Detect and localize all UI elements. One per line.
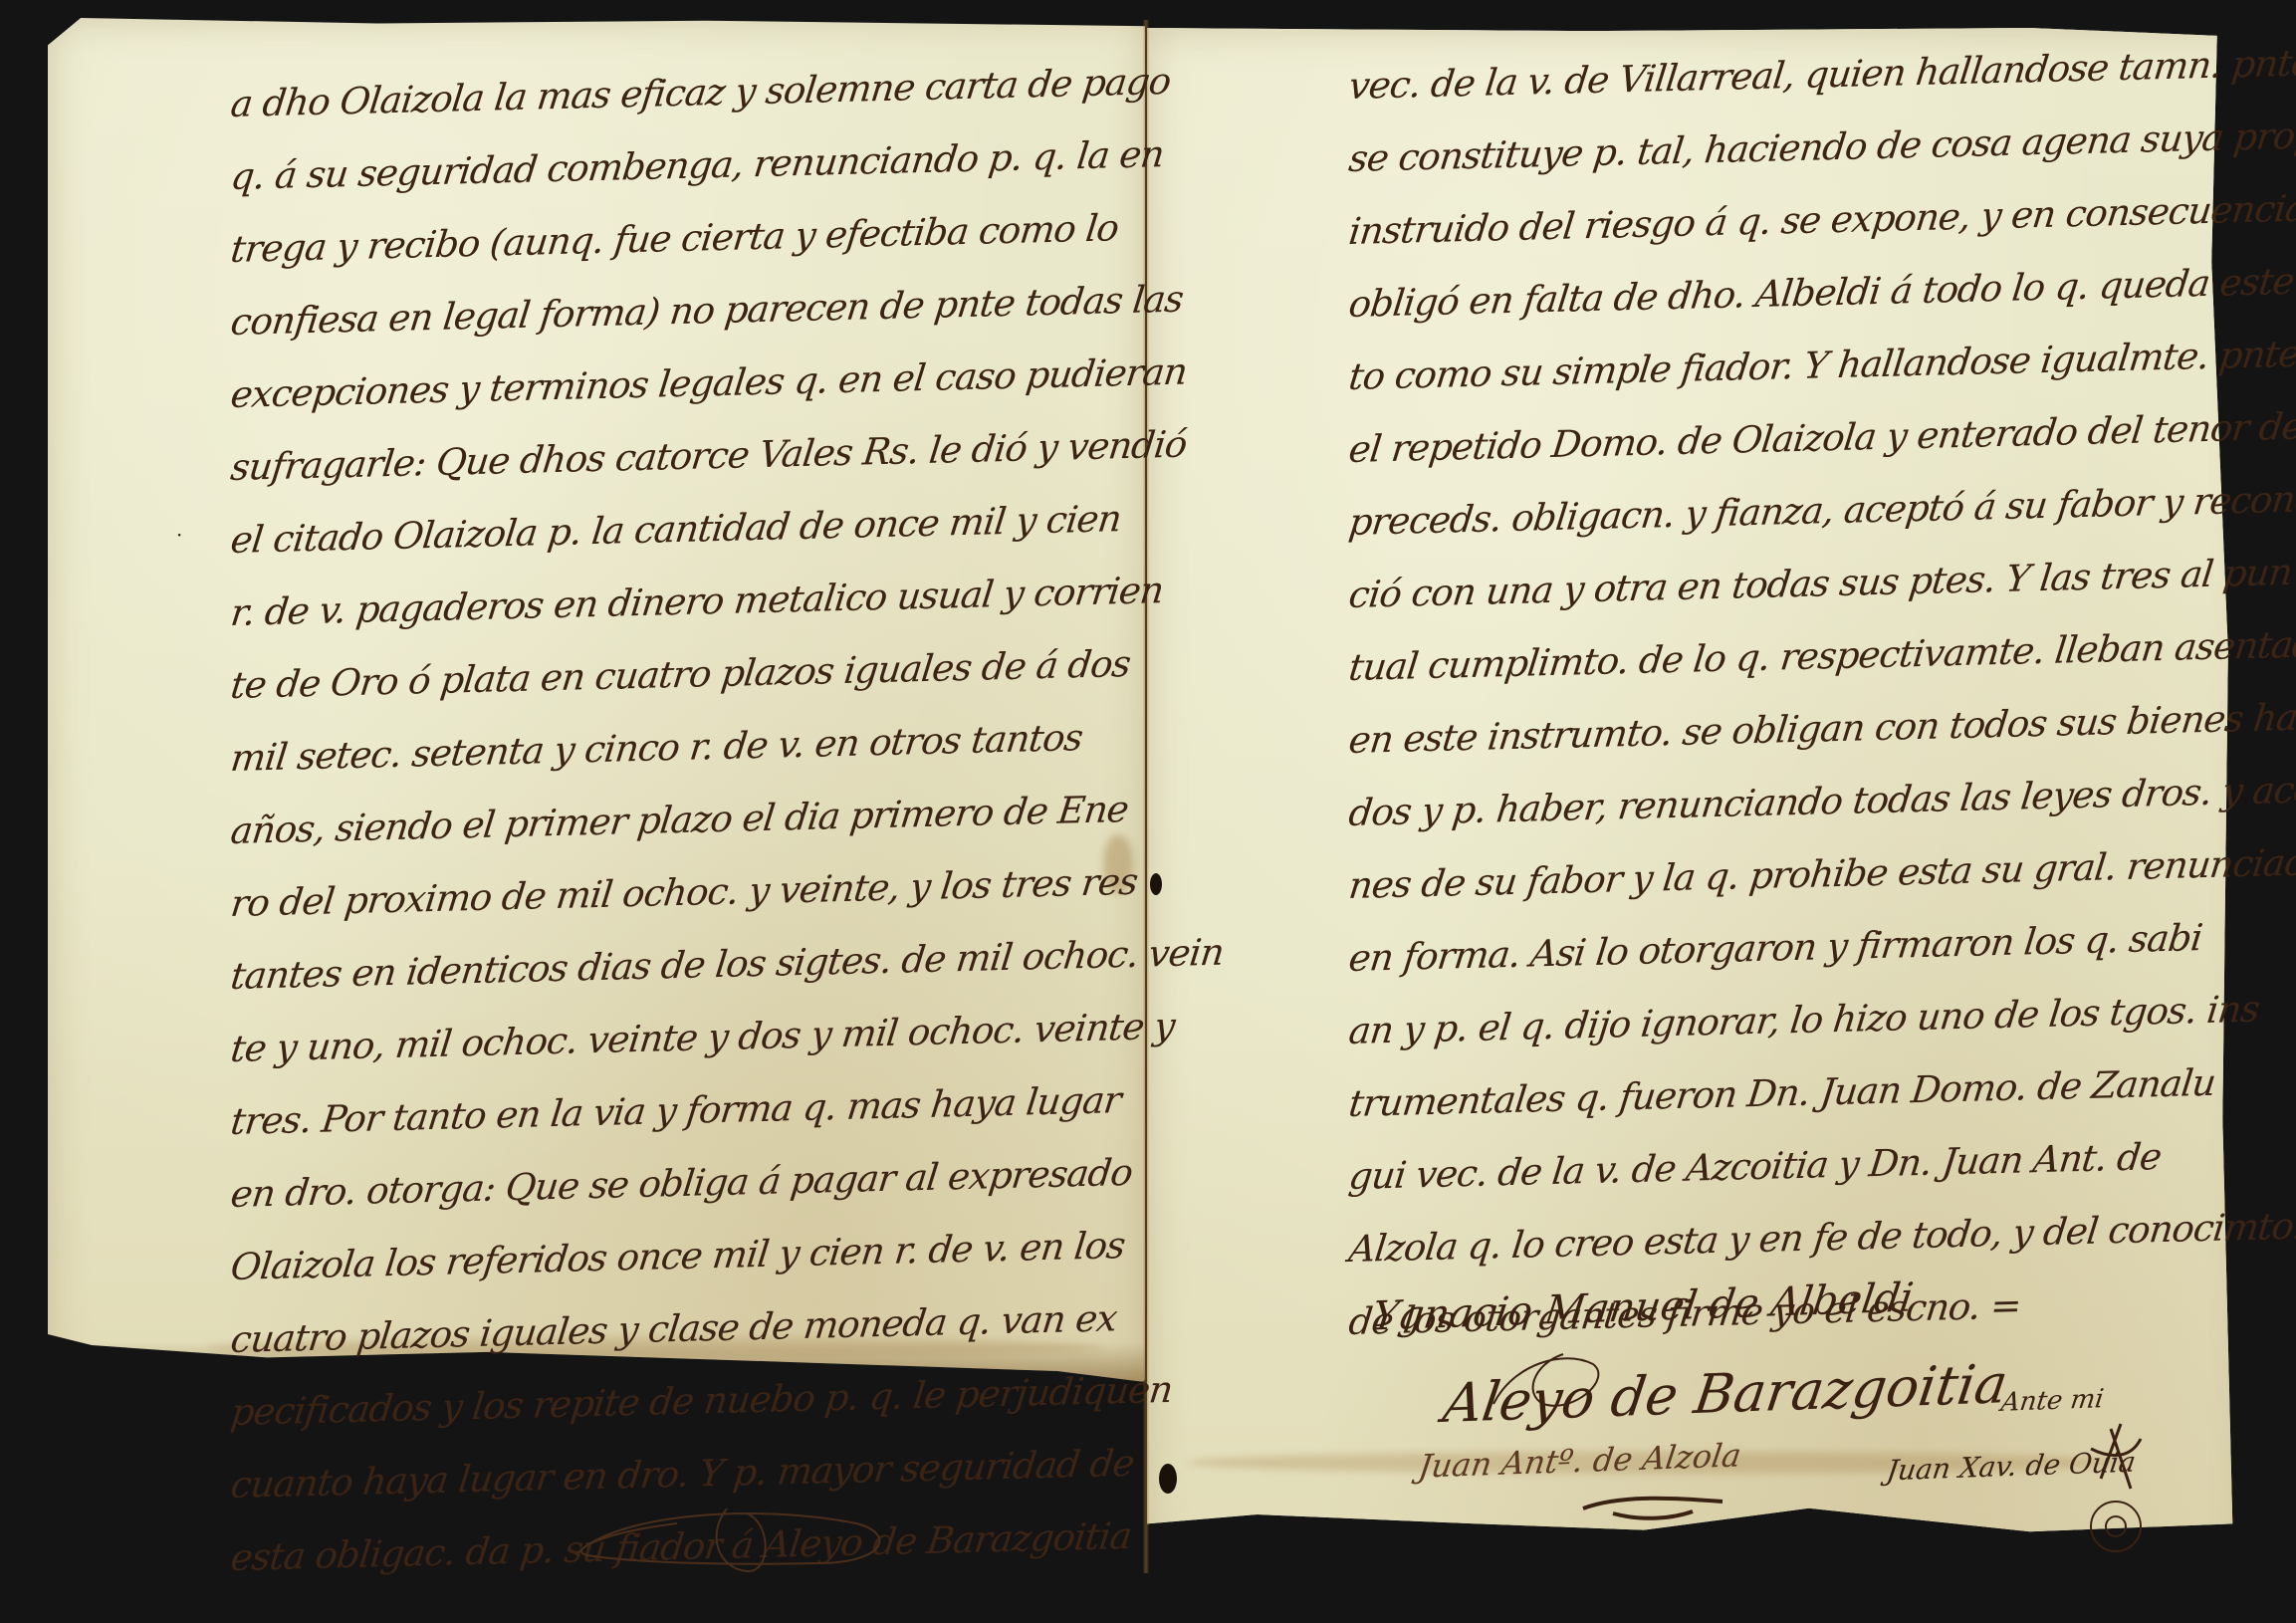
book-gutter-fold [1143,20,1149,1573]
left-page-text: a dho Olaizola la mas eficaz y solemne c… [231,68,1067,1594]
ink-blot [1159,1464,1177,1494]
margin-dot: · [176,523,182,547]
right-page-text: vec. de la v. de Villarreal, quien halla… [1349,50,2166,1358]
closing-paraph-flourish [558,1494,916,1583]
signature-rubric-flourish [1573,1464,1732,1523]
signature-loop-flourish [1474,1344,1613,1424]
notary-seal-rubric [2071,1419,2161,1558]
ante-mi-notation: Ante mi [1999,1384,2106,1418]
ink-blot [1150,873,1162,895]
